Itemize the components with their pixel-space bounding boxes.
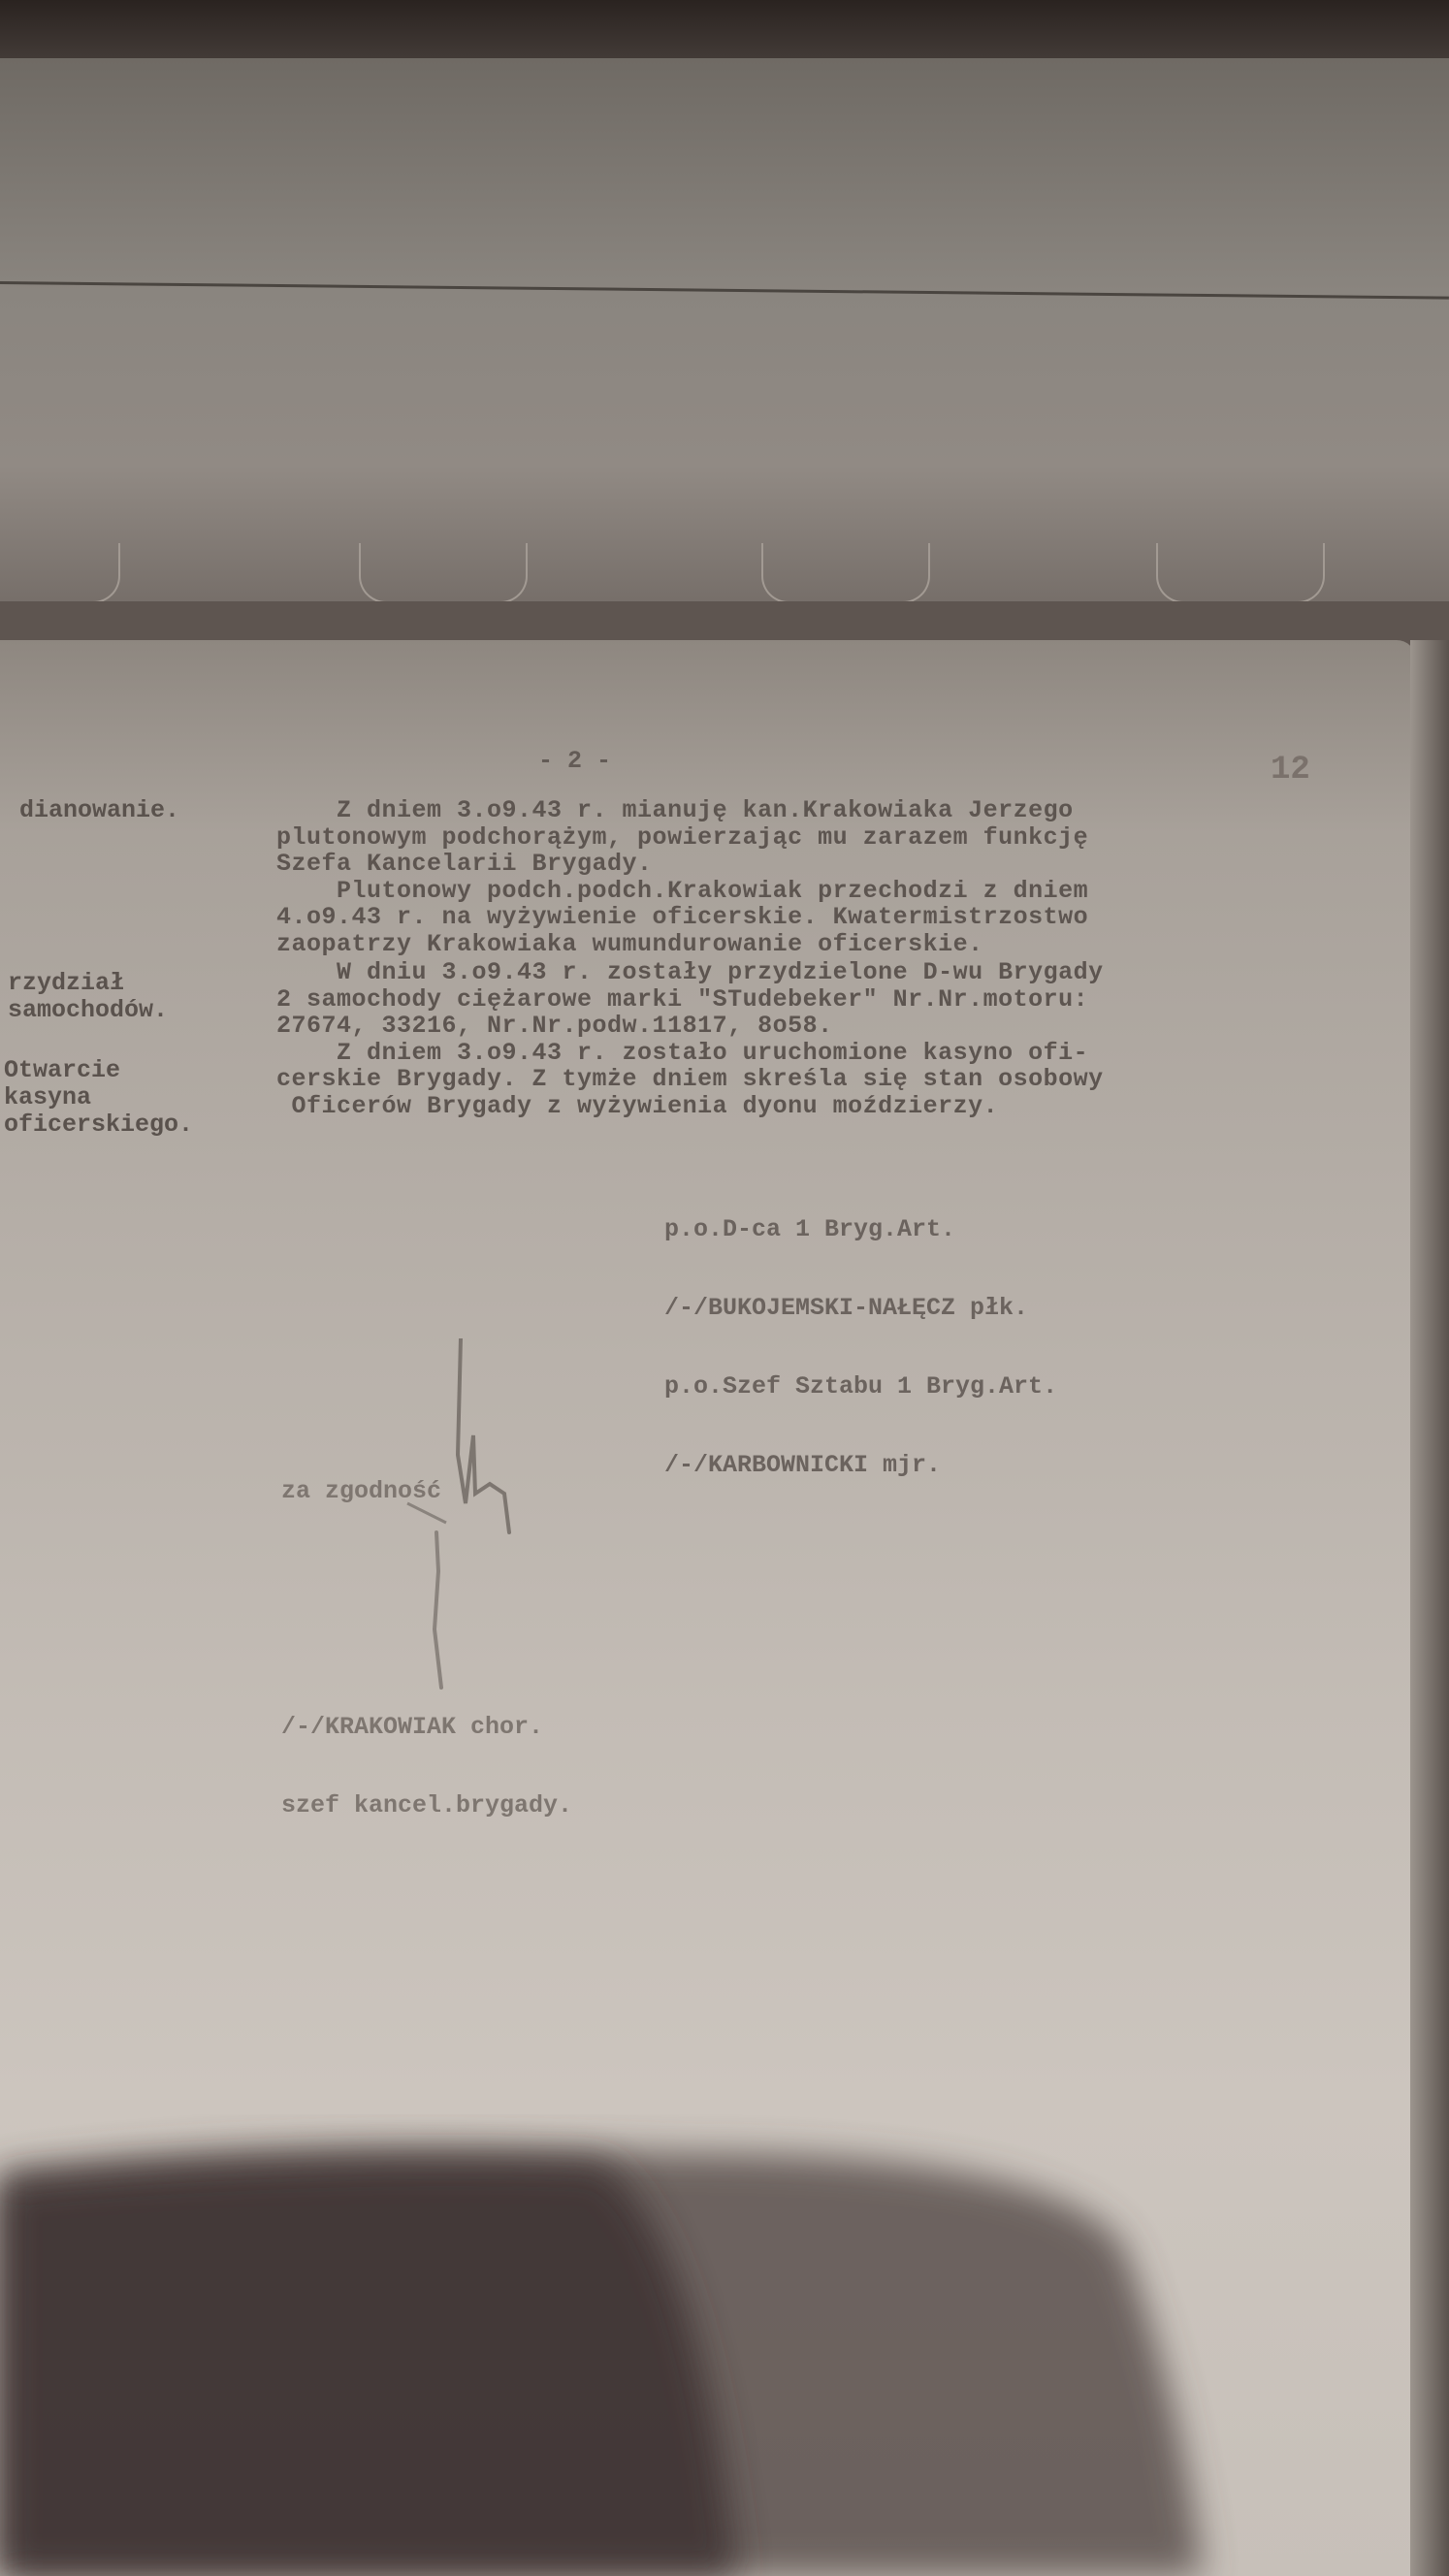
body-line: Oficerów Brygady z wyżywienia dyonu moźd…	[276, 1093, 998, 1120]
handwritten-signature	[369, 1338, 543, 1697]
body-line: Szefa Kancelarii Brygady.	[276, 851, 653, 878]
signature-line: p.o.D-ca 1 Bryg.Art.	[664, 1216, 1057, 1242]
body-line: 27674, 33216, Nr.Nr.podw.11817, 8o58.	[276, 1013, 833, 1040]
body-line: plutonowym podchorążym, powierzając mu z…	[276, 824, 1088, 852]
body-line: W dniu 3.o9.43 r. zostały przydzielone D…	[276, 959, 1104, 986]
signature-block: p.o.D-ca 1 Bryg.Art. /-/BUKOJEMSKI-NAŁĘC…	[664, 1164, 1057, 1504]
binder-tab	[1156, 543, 1325, 603]
body-line: Z dniem 3.o9.43 r. zostało uruchomione k…	[276, 1040, 1088, 1067]
binder-tab	[0, 543, 120, 603]
margin-note-vehicles: rzydział samochodów.	[8, 970, 168, 1024]
margin-note-officers-mess: Otwarcie kasyna oficerskiego.	[4, 1057, 193, 1139]
page-number: - 2 -	[538, 747, 611, 775]
body-line: 4.o9.43 r. na wyżywienie oficerskie. Kwa…	[276, 904, 1088, 931]
body-line: Z dniem 3.o9.43 r. mianuję kan.Krakowiak…	[276, 797, 1074, 824]
body-line: 2 samochody ciężarowe marki "STudebeker"…	[276, 986, 1088, 1014]
margin-note-appointment: dianowanie.	[19, 797, 179, 824]
binder-tab	[359, 543, 528, 603]
signature-line: /-/KARBOWNICKI mjr.	[664, 1452, 1057, 1478]
binder-tab	[761, 543, 930, 603]
signature-line: p.o.Szef Sztabu 1 Bryg.Art.	[664, 1373, 1057, 1400]
hand-shadow	[0, 2114, 1449, 2576]
body-line: Plutonowy podch.podch.Krakowiak przechod…	[276, 878, 1088, 905]
body-line: zaopatrzy Krakowiaka wumundurowanie ofic…	[276, 931, 983, 958]
body-line: cerskie Brygady. Z tymże dniem skreśla s…	[276, 1066, 1104, 1093]
signature-line: /-/BUKOJEMSKI-NAŁĘCZ płk.	[664, 1295, 1057, 1321]
certification-line: szef kancel.brygady.	[281, 1792, 572, 1819]
folio-number: 12	[1271, 752, 1310, 789]
certification-line: /-/KRAKOWIAK chor.	[281, 1714, 572, 1740]
